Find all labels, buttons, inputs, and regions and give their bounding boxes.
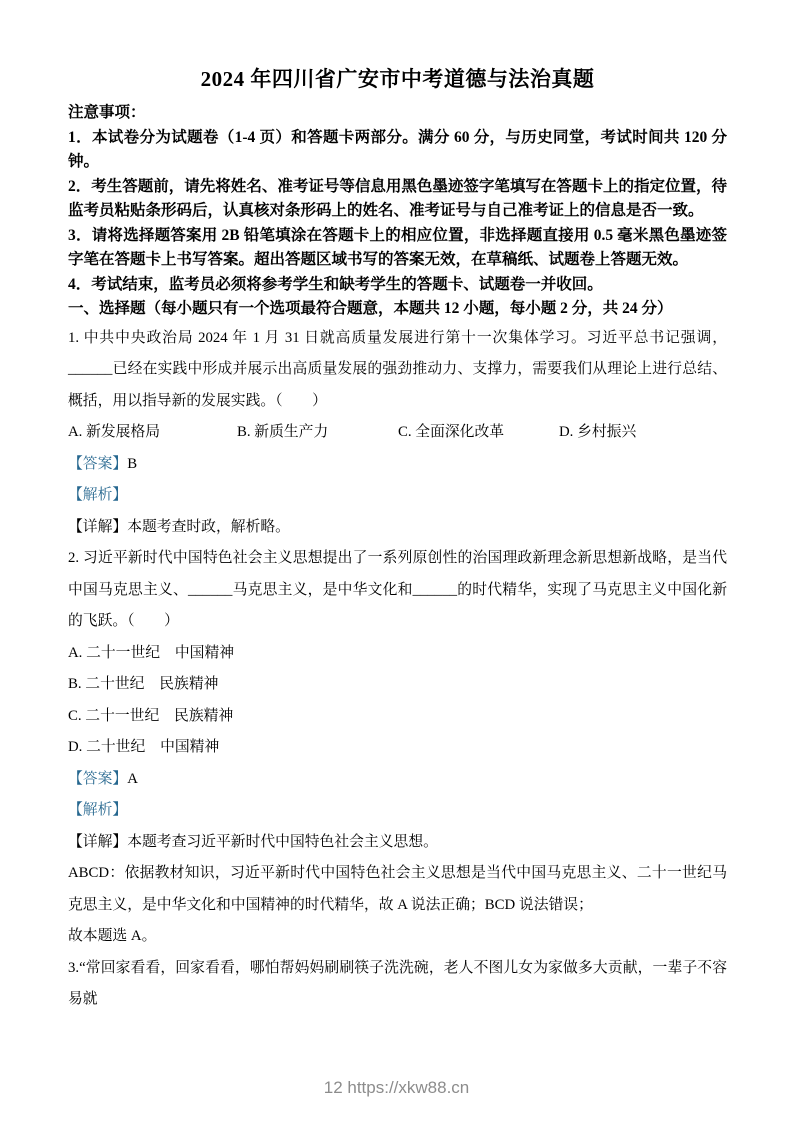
question-2-answer-line: 【答案】A bbox=[68, 764, 727, 796]
section-heading: 一、选择题（每小题只有一个选项最符合题意，本题共 12 小题，每小题 2 分，共… bbox=[68, 297, 727, 322]
page-number-and-watermark-url: 12 https://xkw88.cn bbox=[324, 1078, 470, 1097]
question-1-option-c: C. 全面深化改革 bbox=[398, 417, 559, 449]
analysis-label: 【解析】 bbox=[68, 802, 127, 818]
question-1-option-d: D. 乡村振兴 bbox=[559, 417, 727, 449]
analysis-label: 【解析】 bbox=[68, 487, 127, 503]
question-1: 1. 中共中央政治局 2024 年 1 月 31 日就高质量发展进行第十一次集体… bbox=[68, 323, 727, 544]
question-3-stem: 3.“常回家看看，回家看看，哪怕帮妈妈刷刷筷子洗洗碗，老人不图儿女为家做多大贡献… bbox=[68, 953, 727, 1016]
question-2-detail-1: 【详解】本题考查习近平新时代中国特色社会主义思想。 bbox=[68, 827, 727, 859]
question-2-option-c: C. 二十一世纪 民族精神 bbox=[68, 701, 727, 733]
answer-label: 【答案】 bbox=[68, 456, 127, 472]
question-3: 3.“常回家看看，回家看看，哪怕帮妈妈刷刷筷子洗洗碗，老人不图儿女为家做多大贡献… bbox=[68, 953, 727, 1016]
question-2-answer-value: A bbox=[127, 771, 138, 787]
question-1-detail: 【详解】本题考查时政，解析略。 bbox=[68, 512, 727, 544]
question-2-analysis-line: 【解析】 bbox=[68, 795, 727, 827]
page-title: 2024 年四川省广安市中考道德与法治真题 bbox=[68, 64, 727, 94]
notice-item-4: 4．考试结束，监考员必须将参考学生和缺考学生的答题卡、试题卷一并收回。 bbox=[68, 273, 727, 298]
notice-heading: 注意事项： bbox=[68, 101, 727, 126]
question-2-option-d: D. 二十世纪 中国精神 bbox=[68, 732, 727, 764]
question-2-option-a: A. 二十一世纪 中国精神 bbox=[68, 638, 727, 670]
page-footer: 12 https://xkw88.cn bbox=[0, 1078, 793, 1098]
question-1-stem: 1. 中共中央政治局 2024 年 1 月 31 日就高质量发展进行第十一次集体… bbox=[68, 323, 727, 418]
question-1-options: A. 新发展格局 B. 新质生产力 C. 全面深化改革 D. 乡村振兴 bbox=[68, 417, 727, 449]
question-2-detail-3: 故本题选 A。 bbox=[68, 921, 727, 953]
notice-item-2: 2．考生答题前，请先将姓名、准考证号等信息用黑色墨迹签字笔填写在答题卡上的指定位… bbox=[68, 175, 727, 224]
question-2-detail-2: ABCD：依据教材知识，习近平新时代中国特色社会主义思想是当代中国马克思主义、二… bbox=[68, 858, 727, 921]
question-2-stem: 2. 习近平新时代中国特色社会主义思想提出了一系列原创性的治国理政新理念新思想新… bbox=[68, 543, 727, 638]
questions-area: 1. 中共中央政治局 2024 年 1 月 31 日就高质量发展进行第十一次集体… bbox=[68, 323, 727, 1016]
notice-item-1: 1．本试卷分为试题卷（1-4 页）和答题卡两部分。满分 60 分，与历史同堂，考… bbox=[68, 126, 727, 175]
question-2: 2. 习近平新时代中国特色社会主义思想提出了一系列原创性的治国理政新理念新思想新… bbox=[68, 543, 727, 953]
question-1-option-a: A. 新发展格局 bbox=[68, 417, 237, 449]
exam-document-page: 2024 年四川省广安市中考道德与法治真题 注意事项： 1．本试卷分为试题卷（1… bbox=[0, 0, 793, 1122]
question-1-answer-value: B bbox=[127, 456, 137, 472]
question-1-answer-line: 【答案】B bbox=[68, 449, 727, 481]
question-2-option-b: B. 二十世纪 民族精神 bbox=[68, 669, 727, 701]
answer-label: 【答案】 bbox=[68, 771, 127, 787]
question-1-option-b: B. 新质生产力 bbox=[237, 417, 398, 449]
question-1-analysis-line: 【解析】 bbox=[68, 480, 727, 512]
notice-item-3: 3．请将选择题答案用 2B 铅笔填涂在答题卡上的相应位置，非选择题直接用 0.5… bbox=[68, 224, 727, 273]
